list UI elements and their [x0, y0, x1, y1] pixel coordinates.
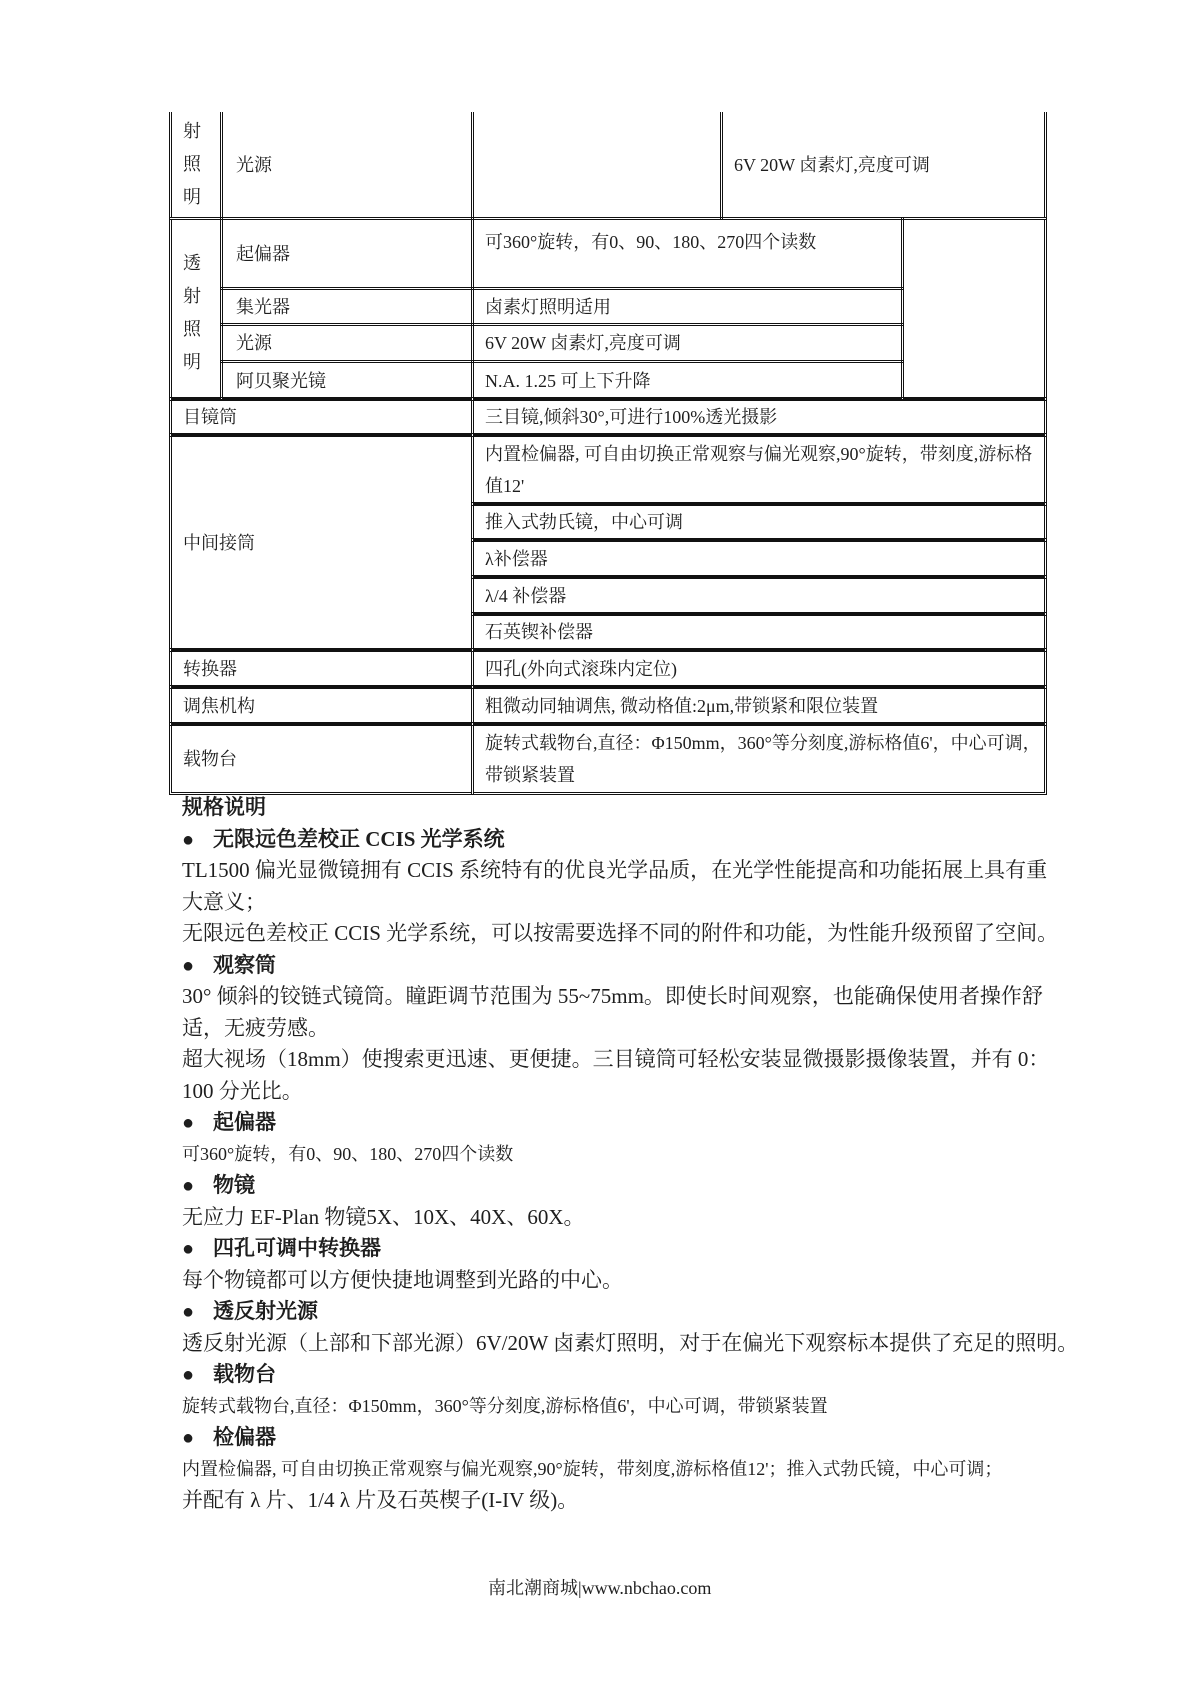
intermediate-tube-label: 中间接筒 — [169, 433, 474, 652]
focusing-label: 调焦机构 — [169, 685, 474, 726]
section-title-ccis: ●无限远色差校正 CCIS 光学系统 — [182, 824, 1082, 856]
side-label-char: 明 — [183, 181, 201, 214]
paragraph-line: 并配有 λ 片、1/4 λ 片及石英楔子(I-IV 级)。 — [182, 1485, 1082, 1517]
transmitted-illumination-side-label: 透 射 照 明 — [169, 217, 223, 401]
paragraph-line: 可360°旋转，有0、90、180、270四个读数 — [182, 1139, 1082, 1171]
paragraph-line: 内置检偏器, 可自由切换正常观察与偏光观察,90°旋转，带刻度,游标格值12'；… — [182, 1454, 1082, 1486]
side-label-char: 照 — [183, 148, 201, 181]
paragraph-line: 每个物镜都可以方便快捷地调整到光路的中心。 — [182, 1265, 1082, 1297]
reflected-light-source-value: 6V 20W 卤素灯,亮度可调 — [720, 112, 1047, 220]
abbe-condenser-label: 阿贝聚光镜 — [220, 360, 474, 401]
paragraph-line: TL1500 偏光显微镜拥有 CCIS 系统特有的优良光学品质，在光学性能提高和… — [182, 855, 1082, 887]
abbe-condenser-value: N.A. 1.25 可上下升降 — [471, 360, 904, 401]
paragraph-line: 100 分光比。 — [182, 1076, 1082, 1108]
focusing-value: 粗微动同轴调焦, 微动格值:2μm,带锁紧和限位装置 — [471, 685, 1047, 726]
nosepiece-label: 转换器 — [169, 648, 474, 689]
paragraph-line: 无限远色差校正 CCIS 光学系统，可以按需要选择不同的附件和功能，为性能升级预… — [182, 918, 1082, 950]
reflected-light-source-label: 光源 — [220, 112, 474, 220]
nosepiece-value: 四孔(外向式滚珠内定位) — [471, 648, 1047, 689]
stage-label: 载物台 — [169, 722, 474, 795]
bullet-icon: ● — [182, 1360, 213, 1392]
bullet-icon: ● — [182, 951, 213, 983]
transmitted-light-source-label: 光源 — [220, 323, 474, 363]
section-title-analyzer: ●检偏器 — [182, 1422, 1082, 1454]
paragraph-line: 30° 倾斜的铰链式镜筒。瞳距调节范围为 55~75mm。即使长时间观察，也能确… — [182, 981, 1082, 1013]
transmitted-light-source-value: 6V 20W 卤素灯,亮度可调 — [471, 323, 904, 363]
section-title-stage: ●载物台 — [182, 1359, 1082, 1391]
polarizer-label: 起偏器 — [220, 217, 474, 290]
reflected-illumination-side-label: 射 照 明 — [169, 112, 223, 220]
reflected-empty-cell — [471, 112, 723, 220]
bullet-icon: ● — [182, 825, 213, 857]
transmitted-empty-cell — [901, 217, 1047, 401]
spec-heading: 规格说明 — [182, 792, 1082, 824]
polarizer-value: 可360°旋转，有0、90、180、270四个读数 — [471, 217, 904, 290]
paragraph-line: 无应力 EF-Plan 物镜5X、10X、40X、60X。 — [182, 1202, 1082, 1234]
intermediate-tube-analyzer-value: 内置检偏器, 可自由切换正常观察与偏光观察,90°旋转，带刻度,游标格 值12' — [471, 433, 1047, 506]
bullet-icon: ● — [182, 1297, 213, 1329]
bullet-icon: ● — [182, 1171, 213, 1203]
bullet-icon: ● — [182, 1108, 213, 1140]
paragraph-line: 大意义； — [182, 887, 1082, 919]
paragraph-line: 旋转式载物台,直径：Φ150mm，360°等分刻度,游标格值6'，中心可调，带锁… — [182, 1391, 1082, 1423]
side-label-char: 透 — [183, 247, 201, 280]
condenser-value: 卤素灯照明适用 — [471, 287, 904, 326]
paragraph-line: 超大视场（18mm）使搜索更迅速、更便捷。三目镜筒可轻松安装显微摄影摄像装置，并… — [182, 1044, 1082, 1076]
intermediate-tube-quarter-lambda-value: λ/4 补偿器 — [471, 575, 1047, 616]
intermediate-tube-quartz-wedge-value: 石英锲补偿器 — [471, 612, 1047, 652]
stage-value: 旋转式载物台,直径：Φ150mm，360°等分刻度,游标格值6'，中心可调， 带… — [471, 722, 1047, 795]
bullet-icon: ● — [182, 1234, 213, 1266]
eyepiece-tube-value: 三目镜,倾斜30°,可进行100%透光摄影 — [471, 397, 1047, 437]
section-title-nosepiece: ●四孔可调中转换器 — [182, 1233, 1082, 1265]
intermediate-tube-bertrand-value: 推入式勃氏镜，中心可调 — [471, 502, 1047, 542]
bullet-icon: ● — [182, 1423, 213, 1455]
paragraph-line: 适，无疲劳感。 — [182, 1013, 1082, 1045]
page-footer: 南北潮商城|www.nbchao.com — [488, 1576, 711, 1600]
section-title-observation-tube: ●观察筒 — [182, 950, 1082, 982]
spec-description: 规格说明 ●无限远色差校正 CCIS 光学系统 TL1500 偏光显微镜拥有 C… — [182, 792, 1082, 1517]
condenser-label: 集光器 — [220, 287, 474, 326]
paragraph-line: 透反射光源（上部和下部光源）6V/20W 卤素灯照明，对于在偏光下观察标本提供了… — [182, 1328, 1082, 1360]
eyepiece-tube-label: 目镜筒 — [169, 397, 474, 437]
section-title-polarizer: ●起偏器 — [182, 1107, 1082, 1139]
side-label-char: 明 — [183, 346, 201, 379]
side-label-char: 射 — [183, 115, 201, 148]
section-title-light-source: ●透反射光源 — [182, 1296, 1082, 1328]
section-title-objective: ●物镜 — [182, 1170, 1082, 1202]
side-label-char: 射 — [183, 280, 201, 313]
intermediate-tube-lambda-value: λ补偿器 — [471, 538, 1047, 579]
side-label-char: 照 — [183, 313, 201, 346]
